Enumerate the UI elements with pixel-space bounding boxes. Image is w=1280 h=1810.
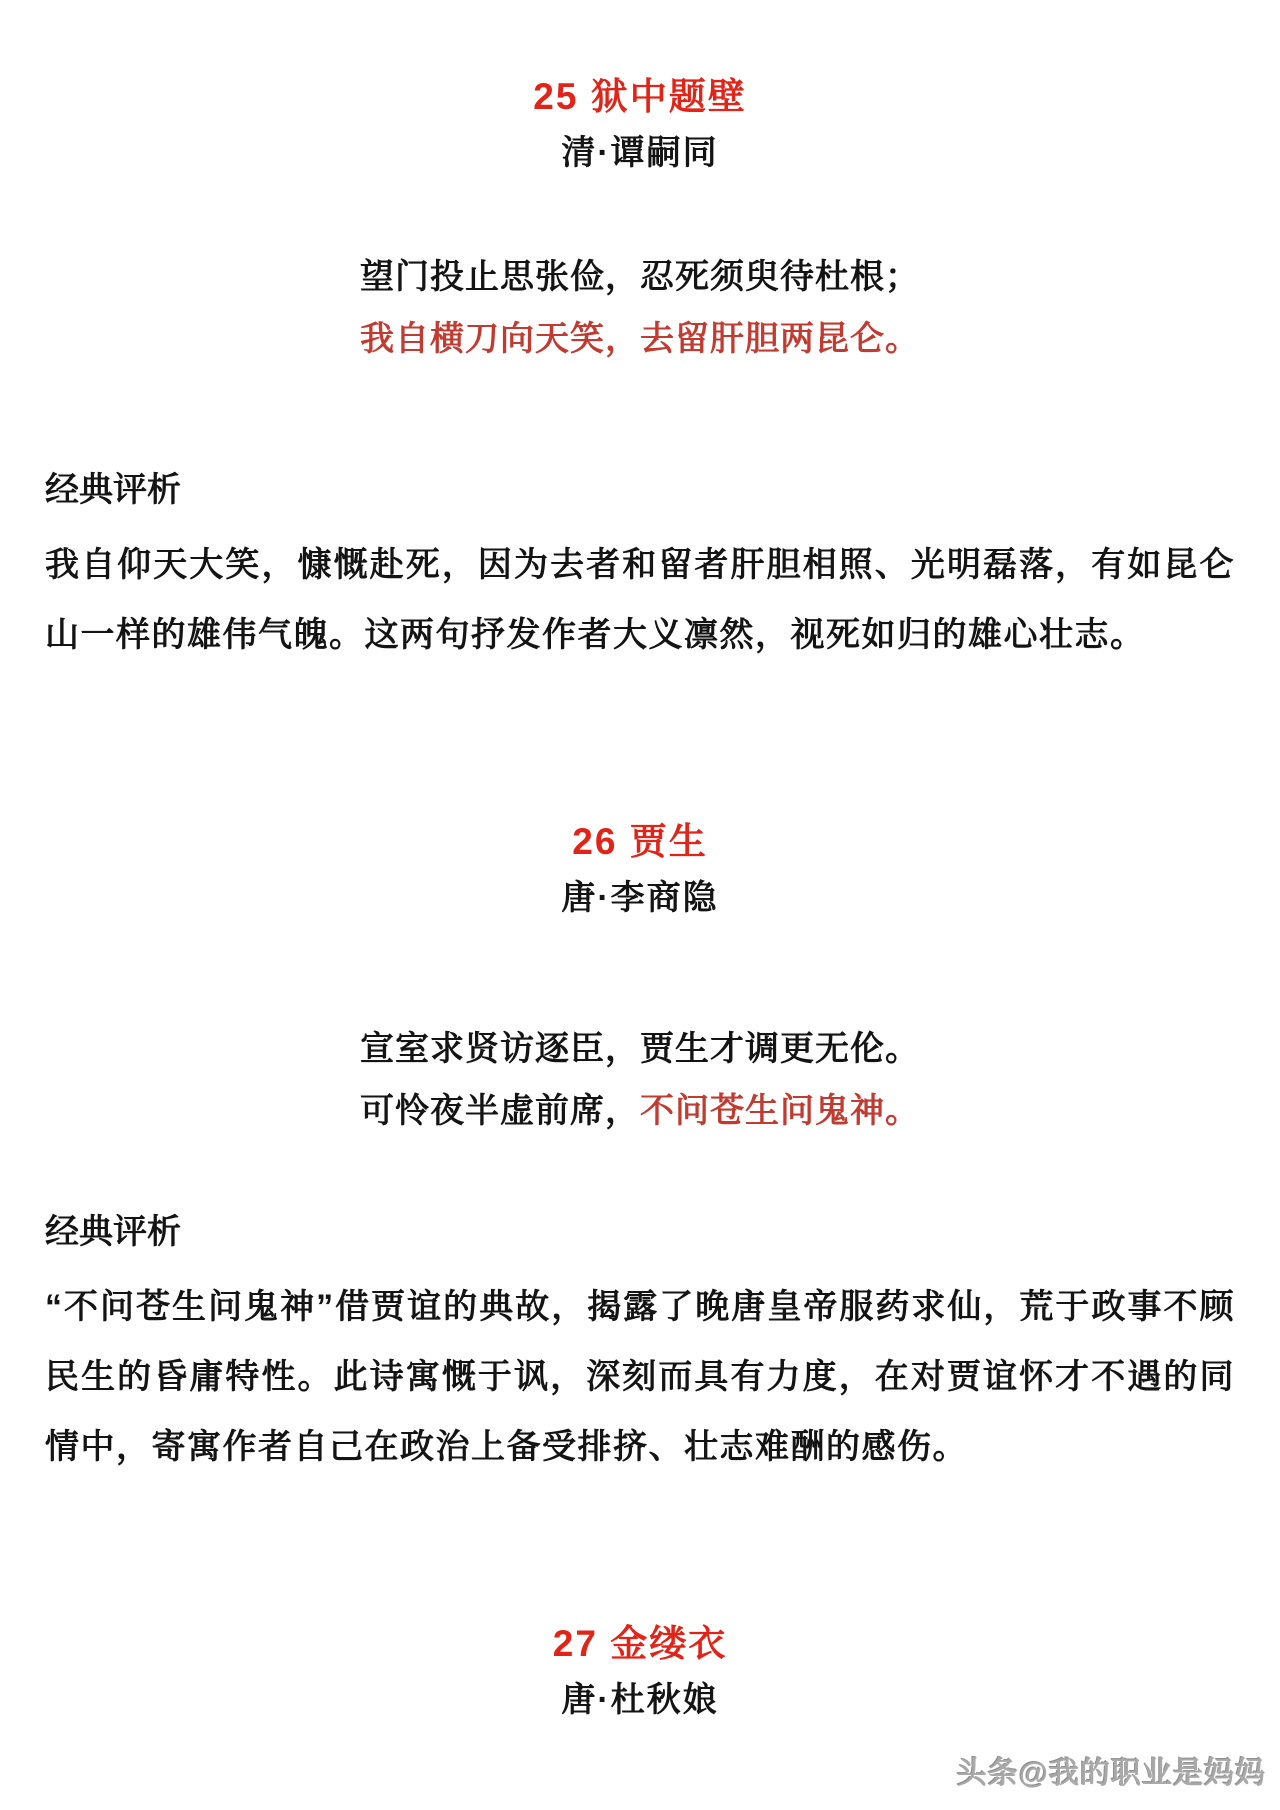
watermark-toutiao: 头条@我的职业是妈妈: [957, 1748, 1266, 1792]
section-26-poem: 宣室求贤访逐臣，贾生才调更无伦。 可怜夜半虚前席，不问苍生问鬼神。: [0, 1018, 1280, 1142]
poetry-document-page: 25 狱中题壁 清·谭嗣同 望门投止思张俭，忍死须臾待杜根； 我自横刀向天笑，去…: [0, 0, 1280, 1810]
section-25-poem: 望门投止思张俭，忍死须臾待杜根； 我自横刀向天笑，去留肝胆两昆仑。: [0, 246, 1280, 370]
section-25-author: 清·谭嗣同: [0, 133, 1280, 173]
section-25-analysis-text: 我自仰天大笑，慷慨赴死，因为去者和留者肝胆相照、光明磊落，有如昆仑山一样的雄伟气…: [45, 530, 1235, 670]
poem-line: 望门投止思张俭，忍死须臾待杜根；: [0, 246, 1280, 308]
poem-segment-red: 我自横刀向天笑，去留肝胆两昆仑。: [360, 320, 920, 358]
section-25-analysis-heading: 经典评析: [45, 470, 1235, 510]
section-26-author: 唐·李商隐: [0, 878, 1280, 918]
poem-segment-red: 不问苍生问鬼神。: [640, 1092, 920, 1130]
poem-line: 我自横刀向天笑，去留肝胆两昆仑。: [0, 308, 1280, 370]
section-26-title: 26 贾生: [0, 820, 1280, 863]
poem-line: 可怜夜半虚前席，不问苍生问鬼神。: [0, 1080, 1280, 1142]
section-27-title: 27 金缕衣: [0, 1622, 1280, 1665]
section-26: 26 贾生 唐·李商隐 宣室求贤访逐臣，贾生才调更无伦。 可怜夜半虚前席，不问苍…: [0, 820, 1280, 1482]
section-26-analysis-heading: 经典评析: [45, 1212, 1235, 1252]
section-26-analysis-text: “不问苍生问鬼神”借贾谊的典故，揭露了晚唐皇帝服药求仙，荒于政事不顾民生的昏庸特…: [45, 1272, 1235, 1482]
poem-line: 宣室求贤访逐臣，贾生才调更无伦。: [0, 1018, 1280, 1080]
section-27: 27 金缕衣 唐·杜秋娘: [0, 1622, 1280, 1720]
poem-segment: 望门投止思张俭，忍死须臾待杜根；: [360, 258, 920, 296]
section-27-author: 唐·杜秋娘: [0, 1680, 1280, 1720]
section-25: 25 狱中题壁 清·谭嗣同 望门投止思张俭，忍死须臾待杜根； 我自横刀向天笑，去…: [0, 75, 1280, 670]
poem-segment: 宣室求贤访逐臣，贾生才调更无伦。: [360, 1030, 920, 1068]
poem-segment: 可怜夜半虚前席，: [360, 1092, 640, 1130]
section-25-title: 25 狱中题壁: [0, 75, 1280, 118]
